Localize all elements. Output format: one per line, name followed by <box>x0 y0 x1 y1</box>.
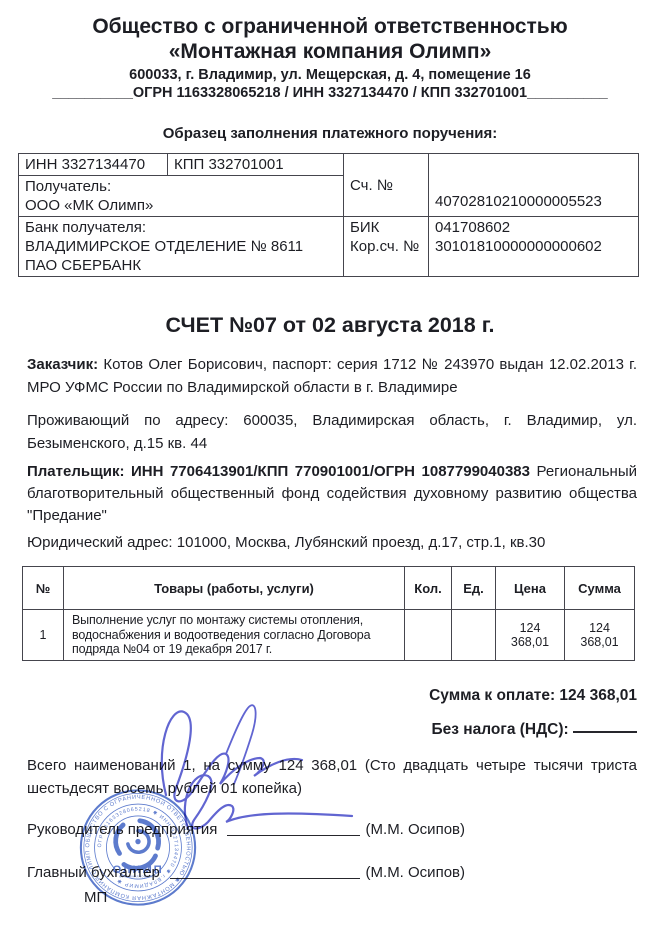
invoice-title: СЧЕТ №07 от 02 августа 2018 г. <box>0 313 660 338</box>
customer-text: Котов Олег Борисович, паспорт: серия 171… <box>27 356 637 396</box>
recipient-name: ООО «МК Олимп» <box>25 196 337 215</box>
item-num: 1 <box>23 610 64 661</box>
col-price: Цена <box>496 567 565 610</box>
col-qty: Кол. <box>405 567 452 610</box>
col-description: Товары (работы, услуги) <box>64 567 405 610</box>
letterhead: Общество с ограниченной ответственностью… <box>0 0 660 102</box>
account-value-cell: 40702810210000005523 <box>429 154 639 217</box>
accountant-name: (М.М. Осипов) <box>366 863 465 882</box>
recipient-label: Получатель: <box>25 177 337 196</box>
items-table: № Товары (работы, услуги) Кол. Ед. Цена … <box>22 566 635 661</box>
payer-label: Плательщик: <box>27 463 124 480</box>
no-tax-blank <box>573 718 637 734</box>
corr-account-label: Кор.сч. № <box>350 237 422 256</box>
bank-name: ВЛАДИМИРСКОЕ ОТДЕЛЕНИЕ № 8611 ПАО СБЕРБА… <box>25 237 337 275</box>
payer-paragraph: Плательщик: ИНН 7706413901/КПП 770901001… <box>27 461 637 527</box>
org-address: 600033, г. Владимир, ул. Мещерская, д. 4… <box>0 66 660 84</box>
legal-address: Юридический адрес: 101000, Москва, Лубян… <box>27 531 637 554</box>
customer-label: Заказчик: <box>27 356 98 373</box>
inn-cell: ИНН 3327134470 <box>19 154 168 176</box>
residence-paragraph: Проживающий по адресу: 600035, Владимирс… <box>27 409 637 455</box>
kpp-cell: КПП 332701001 <box>168 154 344 176</box>
amount-due-value: 124 368,01 <box>559 687 637 704</box>
stamp-center-subtext: МОНТАЖНАЯ КОМПАНИЯ <box>119 875 157 878</box>
item-unit <box>452 610 496 661</box>
no-tax-label: Без налога (НДС): <box>432 720 569 737</box>
item-row: 1 Выполнение услуг по монтажу системы от… <box>23 610 635 661</box>
bik-label-cell: БИК Кор.сч. № <box>344 217 429 277</box>
item-price: 124 368,01 <box>496 610 565 661</box>
org-registration: __________ОГРН 1163328065218 / ИНН 33271… <box>0 84 660 102</box>
bank-label: Банк получателя: <box>25 218 337 237</box>
account-label-cell: Сч. № <box>344 154 429 217</box>
stamp-center-name: ОЛИМП <box>112 864 163 876</box>
item-total: 124 368,01 <box>565 610 635 661</box>
handwritten-signature-icon <box>130 700 370 840</box>
col-num: № <box>23 567 64 610</box>
items-header-row: № Товары (работы, услуги) Кол. Ед. Цена … <box>23 567 635 610</box>
amount-due-label: Сумма к оплате: <box>429 687 555 704</box>
bik-value-cell: 041708602 30101810000000000602 <box>429 217 639 277</box>
item-qty <box>405 610 452 661</box>
col-unit: Ед. <box>452 567 496 610</box>
customer-paragraph: Заказчик: Котов Олег Борисович, паспорт:… <box>27 353 637 399</box>
col-total: Сумма <box>565 567 635 610</box>
director-ink-signature <box>162 711 302 801</box>
bik-label: БИК <box>350 218 422 237</box>
corr-account-value: 30101810000000000602 <box>435 237 632 256</box>
bik-value: 041708602 <box>435 218 632 237</box>
director-name: (М.М. Осипов) <box>366 820 465 839</box>
recipient-cell: Получатель: ООО «МК Олимп» <box>19 176 344 217</box>
payer-ids: ИНН 7706413901/КПП 770901001/ОГРН 108779… <box>131 463 530 480</box>
item-description: Выполнение услуг по монтажу системы отоп… <box>64 610 405 661</box>
bank-details-table: ИНН 3327134470 КПП 332701001 Сч. № 40702… <box>18 153 639 277</box>
org-type: Общество с ограниченной ответственностью <box>0 14 660 39</box>
org-name: «Монтажная компания Олимп» <box>0 39 660 64</box>
payment-sample-caption: Образец заполнения платежного поручения: <box>0 124 660 143</box>
invoice-document: Общество с ограниченной ответственностью… <box>0 0 660 925</box>
accountant-ink-signature <box>185 775 352 828</box>
recipient-bank-cell: Банк получателя: ВЛАДИМИРСКОЕ ОТДЕЛЕНИЕ … <box>19 217 344 277</box>
